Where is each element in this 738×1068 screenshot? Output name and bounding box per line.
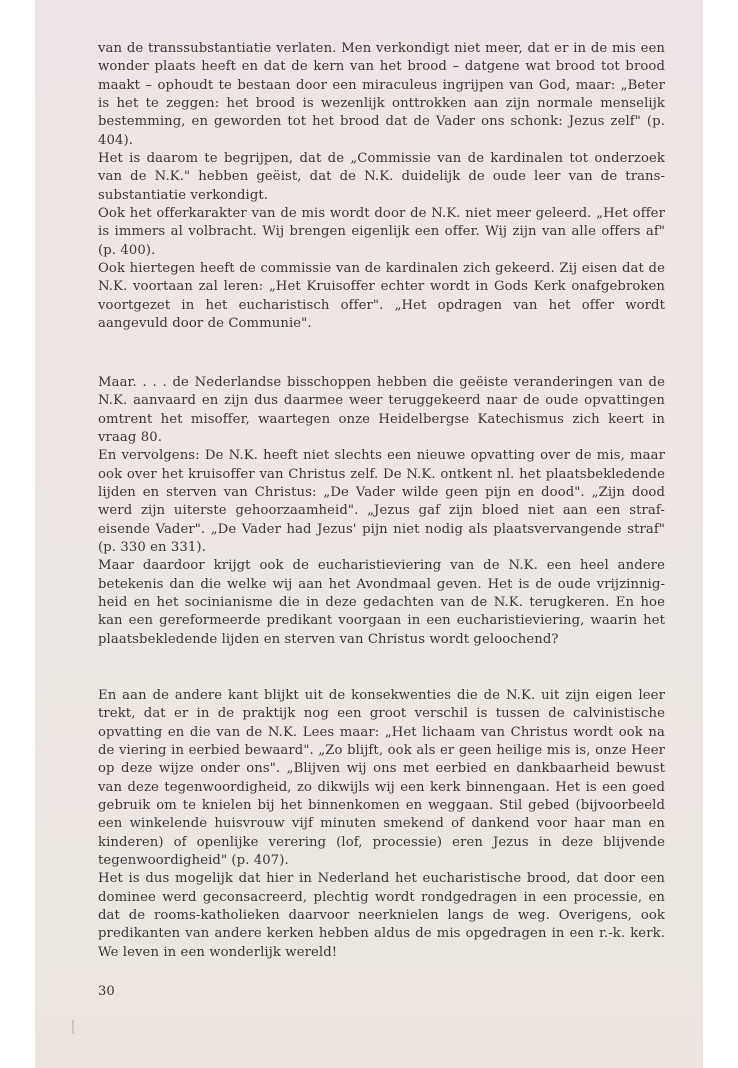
paragraph: En aan de andere kant blijkt uit de kons… <box>98 687 665 870</box>
paragraph: En vervolgens: De N.K. heeft niet slecht… <box>98 447 665 557</box>
paragraph: Maar. . . . de Nederlandse bisschoppen h… <box>98 374 665 447</box>
text-section-3: En aan de andere kant blijkt uit de kons… <box>98 687 665 962</box>
paragraph: van de transsubstantiatie verlaten. Men … <box>98 40 665 150</box>
text-section-2: Maar. . . . de Nederlandse bisschoppen h… <box>98 374 665 649</box>
paragraph: Het is dus mogelijk dat hier in Nederlan… <box>98 870 665 962</box>
text-section-1: van de transsubstantiatie verlaten. Men … <box>98 40 665 334</box>
paragraph: Ook hiertegen heeft de commissie van de … <box>98 260 665 333</box>
paragraph: Ook het offerkarakter van de mis wordt d… <box>98 205 665 260</box>
paragraph: Het is daarom te begrijpen, dat de „Comm… <box>98 150 665 205</box>
page-number: 30 <box>98 983 115 1001</box>
paragraph: Maar daardoor krijgt ook de eucharistiev… <box>98 557 665 649</box>
scan-artifact <box>72 1020 74 1034</box>
